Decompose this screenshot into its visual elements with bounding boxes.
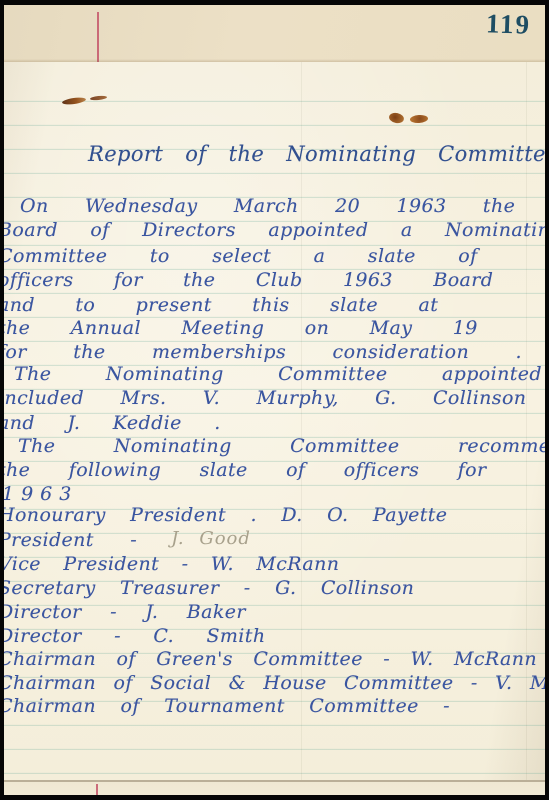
bottom-page-edge: [4, 780, 545, 795]
red-margin-line: [97, 12, 99, 62]
handwritten-office-label: President -: [4, 529, 137, 551]
handwritten-line: On Wednesday March 20 1963 the: [20, 196, 515, 217]
top-page-edge: 119: [4, 5, 545, 62]
handwritten-line: Director - C. Smith: [4, 626, 265, 647]
document-title: Report of the Nominating Committee: [88, 143, 545, 166]
handwritten-line: The Nominating Committee recommends: [18, 436, 545, 457]
handwritten-line: Chairman of Social & House Committee - V…: [4, 673, 545, 694]
scanned-ledger-photo: 119 Report of the Nominating Committee O…: [0, 0, 549, 800]
red-margin-line: [96, 784, 98, 795]
handwritten-line: Vice President - W. McRann: [4, 554, 339, 575]
handwritten-line: The Nominating Committee appointed: [14, 364, 542, 385]
scan-page: 119 Report of the Nominating Committee O…: [4, 5, 545, 795]
handwritten-line: and to present this slate at: [4, 295, 438, 316]
pencil-annotation: J. Good: [171, 529, 251, 549]
handwritten-line: for the memberships consideration .: [4, 342, 522, 363]
handwritten-line: the Annual Meeting on May 19: [4, 318, 478, 339]
page-number: 119: [485, 8, 531, 41]
handwritten-line: officers for the Club 1963 Board: [4, 270, 493, 291]
handwritten-line: 1963: [4, 484, 78, 505]
handwritten-line: President -J. Good: [4, 530, 251, 551]
handwritten-line: Director - J. Baker: [4, 602, 246, 623]
handwritten-line: Committee to select a slate of: [4, 246, 478, 267]
handwritten-line: Chairman of Green's Committee - W. McRan…: [4, 649, 537, 670]
handwritten-line: Chairman of Tournament Committee -: [4, 696, 450, 717]
handwritten-line: the following slate of officers for: [4, 460, 486, 481]
handwritten-line: Secretary Treasurer - G. Collinson: [4, 578, 414, 599]
handwritten-line: Board of Directors appointed a Nominatin…: [4, 220, 545, 241]
handwritten-line: Honourary President . D. O. Payette: [4, 505, 447, 526]
handwritten-line: and J. Keddie .: [4, 413, 221, 434]
handwritten-line: included Mrs. V. Murphy, G. Collinson: [4, 388, 526, 409]
